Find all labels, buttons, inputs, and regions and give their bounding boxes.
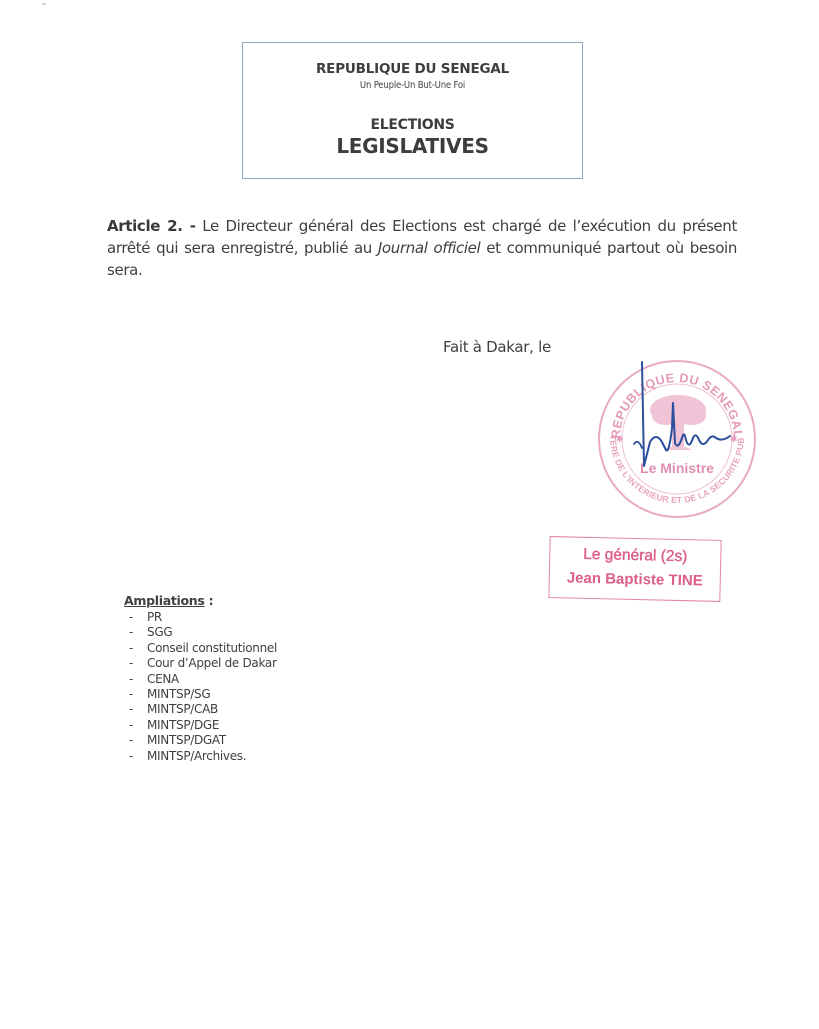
minister-rank: Le général (2s) [550, 545, 720, 567]
minister-name-stamp: Le général (2s) Jean Baptiste TINE [548, 536, 721, 602]
official-seal: REPUBLIQUE DU SENEGAL MINISTERE DE L'INT… [596, 358, 758, 520]
list-item: -MINTSP/SG [129, 687, 277, 702]
article-text-2-tail: et communiqué partout où besoin [480, 239, 737, 257]
header-box: REPUBLIQUE DU SENEGAL Un Peuple-Un But-U… [242, 42, 583, 179]
journal-officiel: Journal officiel [378, 239, 481, 257]
place-date: Fait à Dakar, le [443, 338, 551, 356]
list-item: -SGG [129, 625, 277, 640]
legislatives-heading: LEGISLATIVES [243, 134, 582, 158]
list-item: -PR [129, 610, 277, 625]
ampliations-section: Ampliations : -PR -SGG -Conseil constitu… [124, 592, 277, 764]
elections-heading: ELECTIONS [243, 117, 582, 133]
ampliations-list: -PR -SGG -Conseil constitutionnel -Cour … [124, 610, 277, 764]
article-label: Article 2. - [107, 217, 196, 235]
list-item: -MINTSP/Archives. [129, 749, 277, 764]
scan-speck [42, 3, 46, 5]
document-page: REPUBLIQUE DU SENEGAL Un Peuple-Un But-U… [0, 0, 819, 1029]
article-text-2: arrêté qui sera enregistré, publié au [107, 239, 378, 257]
ampliations-title-text: Ampliations [124, 593, 205, 608]
national-motto: Un Peuple-Un But-Une Foi [243, 80, 582, 91]
svg-text:✱: ✱ [616, 435, 624, 445]
article-2-paragraph: Article 2. - Le Directeur général des El… [107, 215, 737, 281]
article-line-2: arrêté qui sera enregistré, publié au Jo… [107, 237, 737, 259]
article-text-1: Le Directeur général des Elections est c… [196, 217, 737, 235]
list-item: -MINTSP/DGAT [129, 733, 277, 748]
svg-text:✱: ✱ [730, 435, 738, 445]
article-line-1: Article 2. - Le Directeur général des El… [107, 215, 737, 237]
list-item: -CENA [129, 672, 277, 687]
list-item: -MINTSP/CAB [129, 702, 277, 717]
ampliations-title: Ampliations : [124, 592, 277, 610]
seal-center-text: Le Ministre [640, 460, 714, 476]
seal-graphic: REPUBLIQUE DU SENEGAL MINISTERE DE L'INT… [596, 358, 758, 520]
baobab-tree-icon [650, 395, 706, 450]
article-line-3: sera. [107, 259, 737, 281]
list-item: -MINTSP/DGE [129, 718, 277, 733]
minister-name: Jean Baptiste TINE [550, 569, 720, 590]
list-item: -Conseil constitutionnel [129, 641, 277, 656]
list-item: -Cour d’Appel de Dakar [129, 656, 277, 671]
article-text-3: sera. [107, 261, 142, 279]
ampliations-title-colon: : [205, 593, 214, 608]
country-name: REPUBLIQUE DU SENEGAL [243, 61, 582, 77]
